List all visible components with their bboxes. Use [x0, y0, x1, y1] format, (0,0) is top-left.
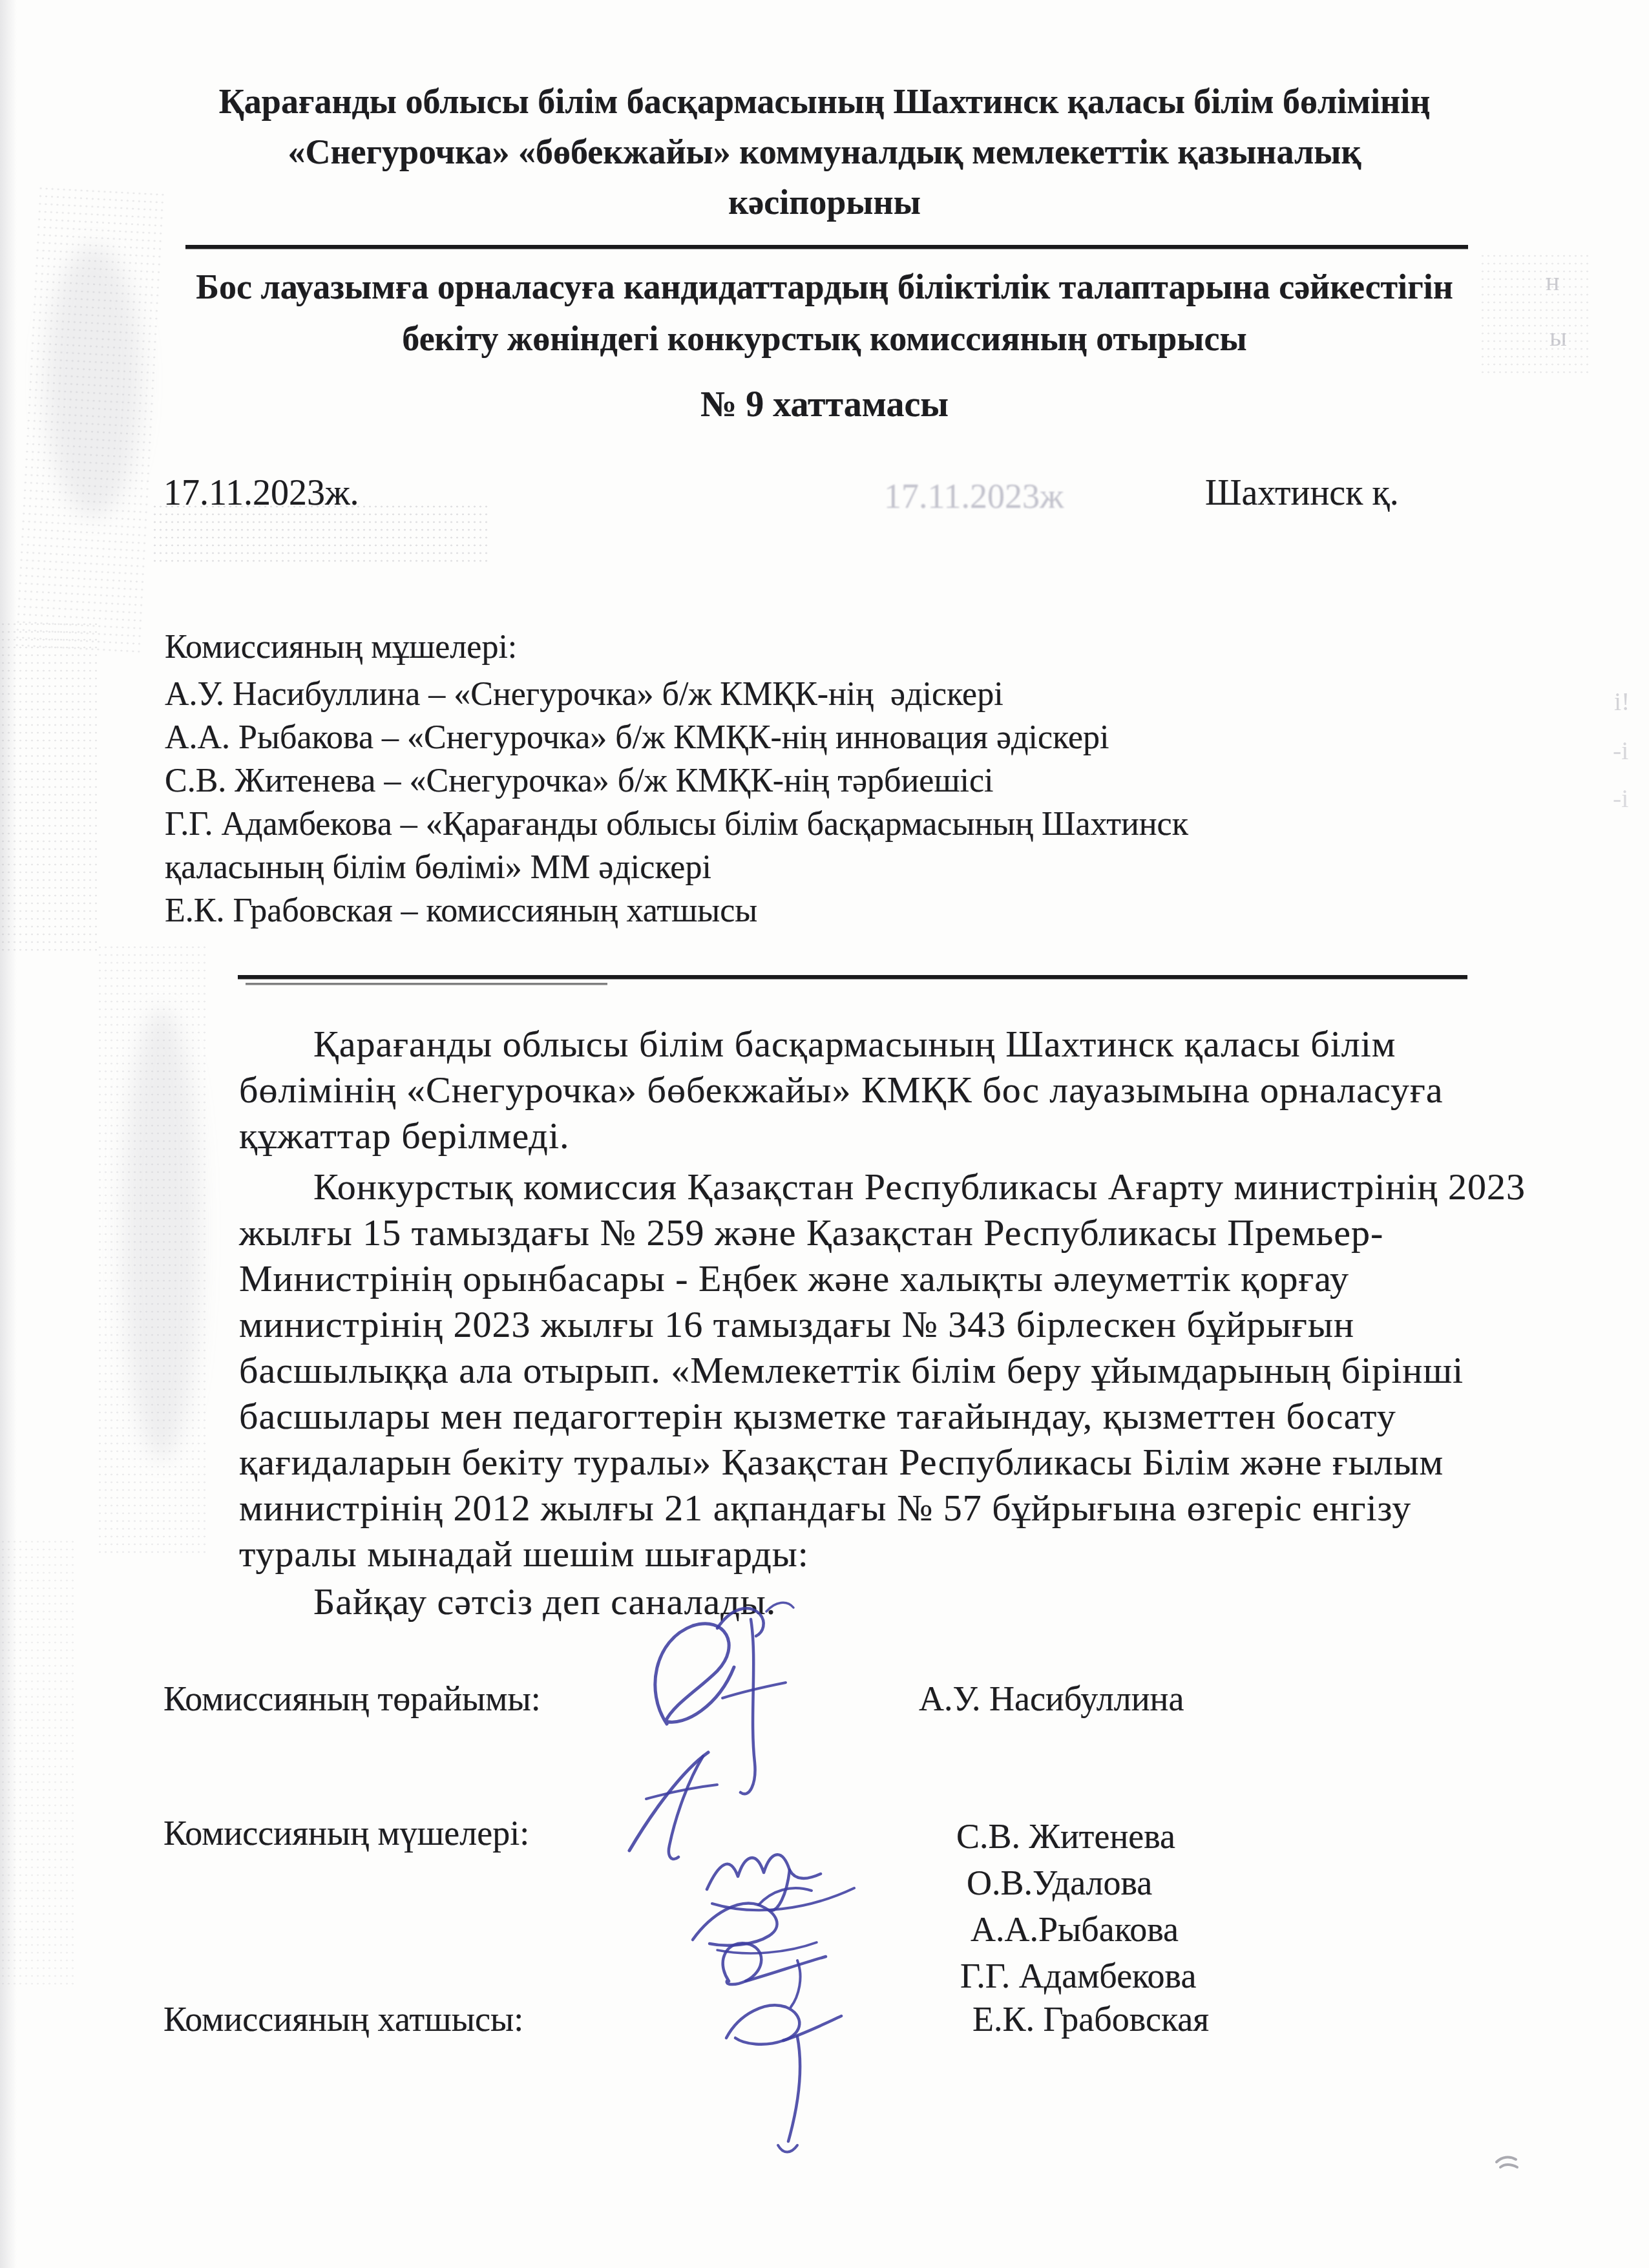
- members-list: А.У. Насибуллина – «Снегурочка» б/ж КМҚК…: [165, 673, 1392, 932]
- body-line: бөлімінің «Снегурочка» бөбекжайы» КМҚК б…: [239, 1067, 1443, 1113]
- scan-artifact-text: -і: [1613, 783, 1628, 814]
- chair-label: Комиссияның төрайымы:: [163, 1679, 541, 1719]
- scan-corner-mark: [1491, 2149, 1524, 2175]
- member-signature-4: [699, 1927, 854, 2024]
- org-title-line: кәсіпорыны: [0, 177, 1649, 227]
- member-signature-3: [678, 1873, 834, 1969]
- secretary-name: Е.К. Грабовская: [972, 1999, 1209, 2039]
- member-signature-2: [693, 1817, 874, 1927]
- body-line: Конкурстық комиссия Қазақстан Республика…: [239, 1164, 1526, 1210]
- meeting-title-line: Бос лауазымға орналасуға кандидаттардың …: [0, 261, 1649, 313]
- body-line: жылғы 15 тамыздағы № 259 және Қазақстан …: [239, 1210, 1526, 1255]
- member-entry: Г.Г. Адамбекова – «Қарағанды облысы білі…: [165, 803, 1305, 889]
- signature-member-name: С.В. Житенева: [956, 1813, 1196, 1860]
- body-line: министрінің 2012 жылғы 21 ақпандағы № 57…: [239, 1485, 1526, 1531]
- body-line: басшылары мен педагогтерін қызметке таға…: [239, 1393, 1526, 1439]
- scan-artifact-text: і!: [1614, 686, 1630, 717]
- scan-artifact-text: -і: [1613, 735, 1628, 766]
- scan-artifact-text: н: [1546, 266, 1559, 297]
- protocol-date: 17.11.2023ж.: [163, 472, 359, 514]
- member-signature-1: [606, 1737, 742, 1873]
- org-title: Қарағанды облысы білім басқармасының Шах…: [0, 76, 1649, 227]
- signature-member-name: О.В.Удалова: [956, 1860, 1196, 1906]
- body-divider-line-echo: [246, 983, 607, 985]
- body-paragraph-2: Конкурстық комиссия Қазақстан Республика…: [239, 1164, 1526, 1577]
- body-line: құжаттар берілмеді.: [239, 1113, 1443, 1159]
- member-entry: С.В. Житенева – «Снегурочка» б/ж КМҚК-ні…: [165, 759, 1392, 803]
- body-line: басшылыққа ала отырып. «Мемлекеттік білі…: [239, 1347, 1526, 1393]
- meeting-title-line: бекіту жөніндегі конкурстық комиссияның …: [0, 313, 1649, 364]
- secretary-label: Комиссияның хатшысы:: [163, 1999, 523, 2039]
- scan-noise-patch: [0, 1538, 78, 1990]
- body-line: министрінің 2023 жылғы 16 тамыздағы № 34…: [239, 1301, 1526, 1347]
- body-line: туралы мынадай шешім шығарды:: [239, 1531, 1526, 1577]
- protocol-date-ghost: 17.11.2023ж: [884, 476, 1064, 516]
- members-heading: Комиссияның мұшелері:: [165, 628, 517, 666]
- org-title-line: «Снегурочка» «бөбекжайы» коммуналдық мем…: [0, 127, 1649, 177]
- meeting-title: Бос лауазымға орналасуға кандидаттардың …: [0, 261, 1649, 364]
- signature-members-label: Комиссияның мүшелері:: [163, 1813, 529, 1853]
- protocol-city: Шахтинск қ.: [1205, 472, 1399, 514]
- member-entry: А.А. Рыбакова – «Снегурочка» б/ж КМҚК-ні…: [165, 716, 1392, 759]
- scan-artifact-text: ы: [1549, 322, 1567, 352]
- chair-name: А.У. Насибуллина: [919, 1679, 1184, 1719]
- member-entry: А.У. Насибуллина – «Снегурочка» б/ж КМҚК…: [165, 673, 1392, 716]
- member-entry: Е.К. Грабовская – комиссияның хатшысы: [165, 889, 1392, 932]
- protocol-number: № 9 хаттамасы: [0, 384, 1649, 425]
- decision-line: Байқау сәтсіз деп саналады.: [239, 1580, 776, 1623]
- document-page: Қарағанды облысы білім басқармасының Шах…: [0, 0, 1649, 2268]
- body-paragraph-1: Қарағанды облысы білім басқармасының Шах…: [239, 1021, 1443, 1159]
- chair-signature: [640, 1595, 821, 1827]
- body-line: қағидаларын бекіту туралы» Қазақстан Рес…: [239, 1439, 1526, 1485]
- signature-member-names: С.В. ЖитеневаО.В.УдаловаА.А.РыбаковаГ.Г.…: [956, 1813, 1196, 1999]
- secretary-signature: [706, 1979, 867, 2166]
- body-line: Министрінің орынбасары - Еңбек және халы…: [239, 1255, 1526, 1301]
- signature-member-name: Г.Г. Адамбекова: [956, 1953, 1196, 1999]
- body-divider-line: [238, 975, 1467, 979]
- header-divider-line: [185, 245, 1468, 249]
- scan-noise-patch: [0, 620, 97, 956]
- signature-member-name: А.А.Рыбакова: [956, 1906, 1196, 1953]
- scan-smudge: [123, 1008, 200, 1460]
- body-line: Қарағанды облысы білім басқармасының Шах…: [239, 1021, 1443, 1067]
- org-title-line: Қарағанды облысы білім басқармасының Шах…: [0, 76, 1649, 127]
